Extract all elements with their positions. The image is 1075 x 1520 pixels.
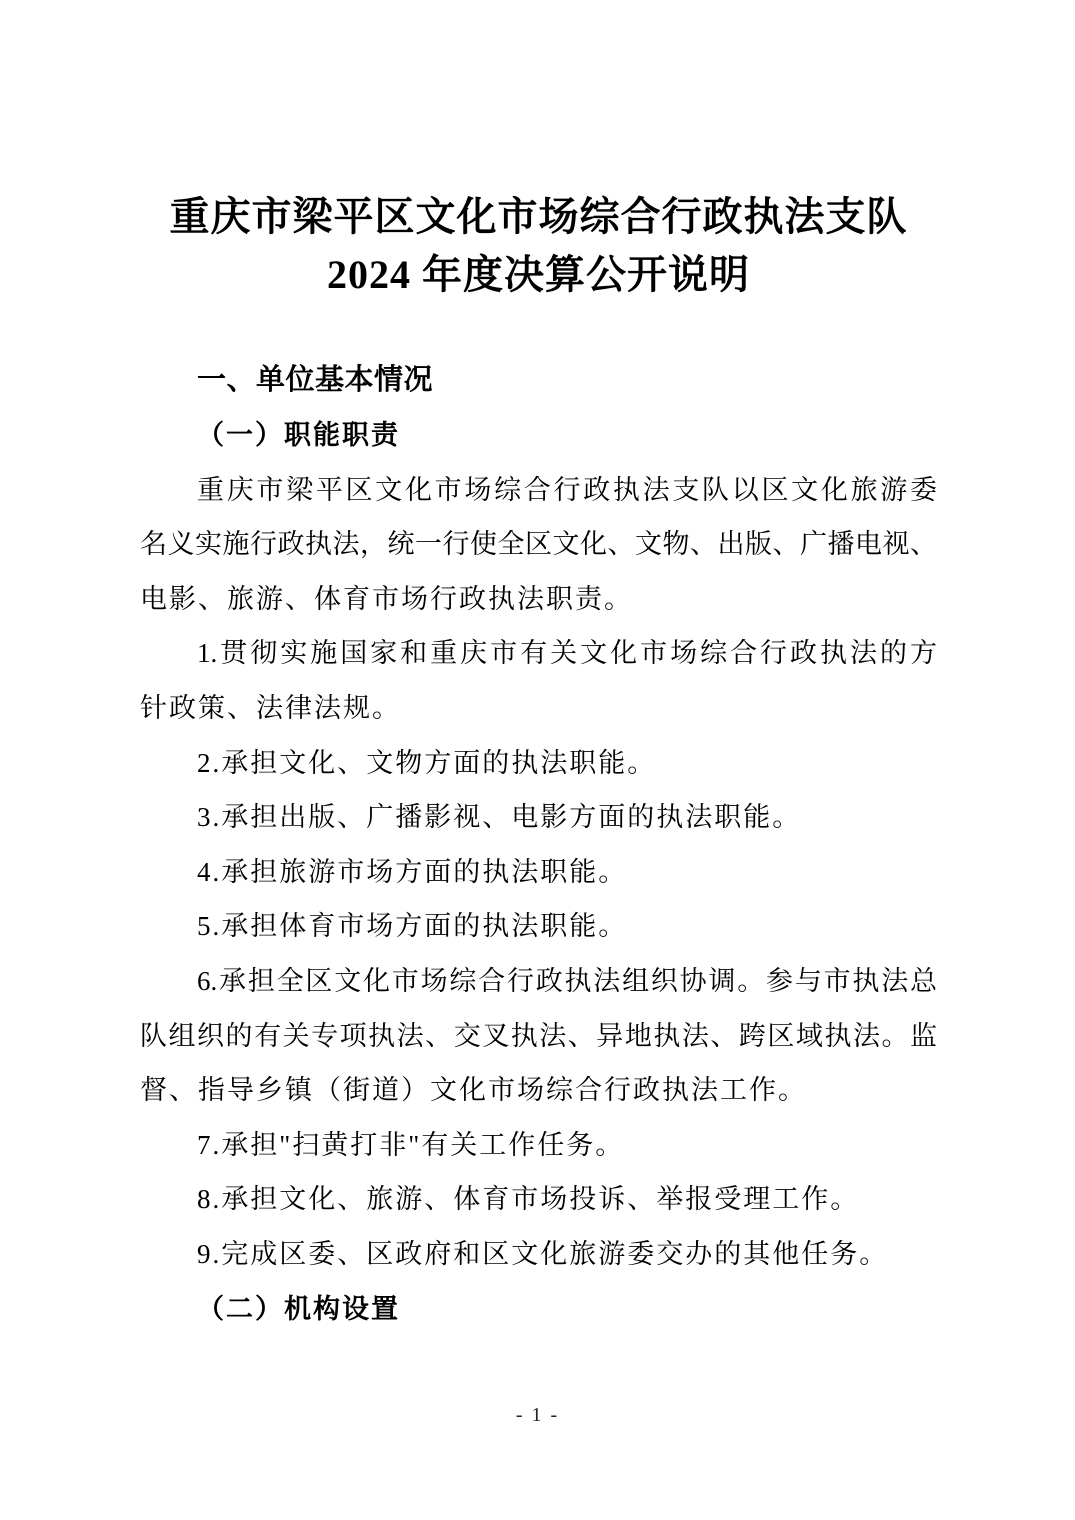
paragraph-line: 2.承担文化、文物方面的执法职能。 [140, 736, 937, 791]
document-title-line-2: 2024 年度决算公开说明 [140, 246, 937, 304]
paragraph-line: 重庆市梁平区文化市场综合行政执法支队以区文化旅游委 [140, 463, 937, 518]
paragraph-line: 电影、旅游、体育市场行政执法职责。 [140, 572, 937, 627]
paragraph-line: 6.承担全区文化市场综合行政执法组织协调。参与市执法总 [140, 954, 937, 1009]
section-heading-basic-info: 一、单位基本情况 [140, 353, 937, 408]
document-title-line-1: 重庆市梁平区文化市场综合行政执法支队 [140, 188, 937, 246]
paragraph-line: 1.贯彻实施国家和重庆市有关文化市场综合行政执法的方 [140, 626, 937, 681]
paragraph-line: 督、指导乡镇（街道）文化市场综合行政执法工作。 [140, 1063, 937, 1118]
paragraph-line: 队组织的有关专项执法、交叉执法、异地执法、跨区域执法。监 [140, 1009, 937, 1064]
paragraph-line: 5.承担体育市场方面的执法职能。 [140, 899, 937, 954]
document-title: 重庆市梁平区文化市场综合行政执法支队 2024 年度决算公开说明 [140, 188, 937, 304]
document-body: （一）职能职责 重庆市梁平区文化市场综合行政执法支队以区文化旅游委 名义实施行政… [140, 408, 937, 1336]
paragraph-line: 4.承担旅游市场方面的执法职能。 [140, 845, 937, 900]
paragraph-line: 针政策、法律法规。 [140, 681, 937, 736]
paragraph-line: 名义实施行政执法，统一行使全区文化、文物、出版、广播电视、 [140, 517, 937, 572]
paragraph-line: 3.承担出版、广播影视、电影方面的执法职能。 [140, 790, 937, 845]
paragraph-line: 7.承担"扫黄打非"有关工作任务。 [140, 1118, 937, 1173]
paragraph-line: 8.承担文化、旅游、体育市场投诉、举报受理工作。 [140, 1172, 937, 1227]
subsection-heading-organization: （二）机构设置 [140, 1282, 937, 1337]
page-number: - 1 - [0, 1402, 1075, 1428]
subsection-heading-duties: （一）职能职责 [140, 408, 937, 463]
document-page: 重庆市梁平区文化市场综合行政执法支队 2024 年度决算公开说明 一、单位基本情… [0, 0, 1075, 1520]
paragraph-line: 9.完成区委、区政府和区文化旅游委交办的其他任务。 [140, 1227, 937, 1282]
document-content: 重庆市梁平区文化市场综合行政执法支队 2024 年度决算公开说明 一、单位基本情… [0, 188, 1075, 1336]
